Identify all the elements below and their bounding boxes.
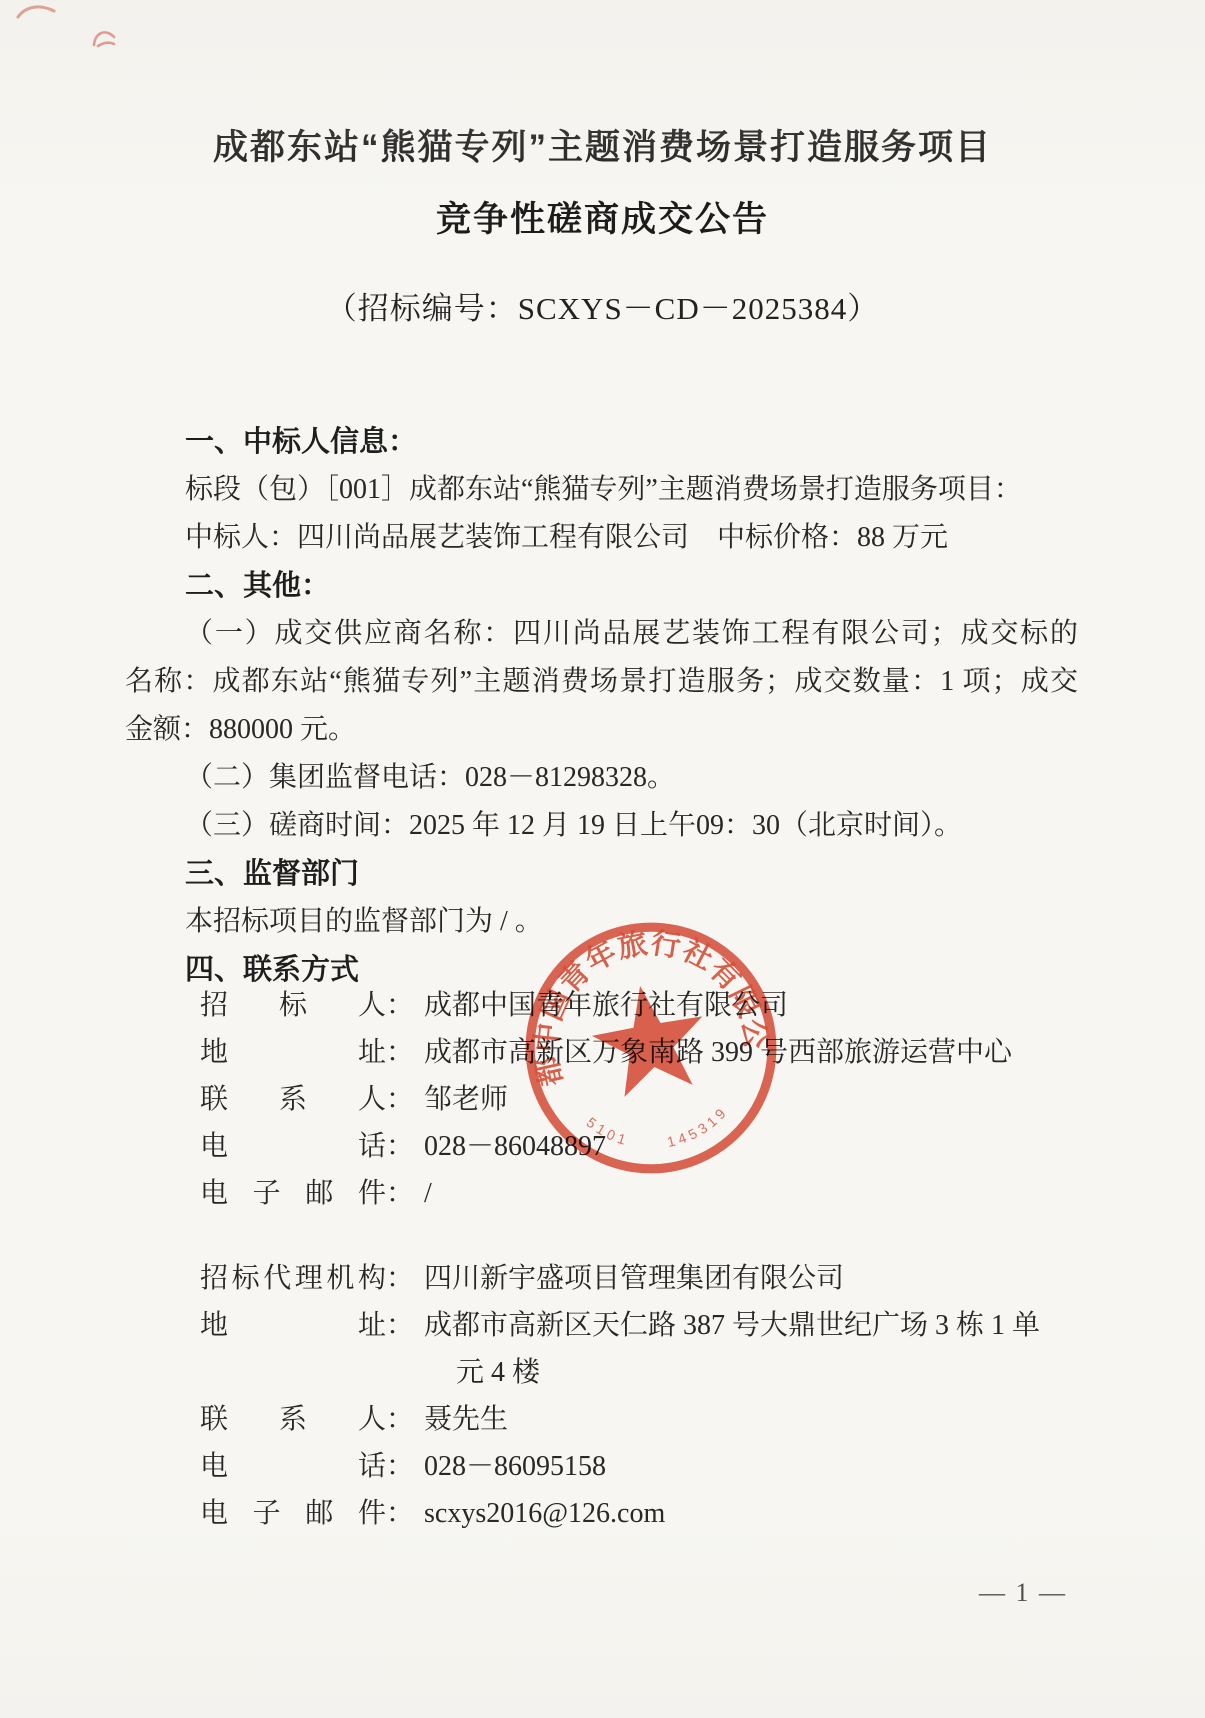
contact-value: 成都市高新区天仁路 387 号大鼎世纪广场 3 栋 1 单元 4 楼 xyxy=(414,1302,1040,1396)
contact-label: 电话 xyxy=(200,1443,386,1490)
section-heading: 三、监督部门 xyxy=(125,850,1078,898)
contact-value: 028－86095158 xyxy=(414,1443,606,1490)
contact-row: 电话：028－86048897 xyxy=(200,1123,1090,1170)
contact-label: 电子邮件 xyxy=(200,1490,386,1537)
contact-block-tenderee: 招标人：成都中国青年旅行社有限公司地址：成都市高新区万象南路 399 号西部旅游… xyxy=(200,982,1090,1217)
contact-colon: ： xyxy=(386,1076,414,1123)
contact-value: 聂先生 xyxy=(414,1396,508,1443)
doc-title-line-1: 成都东站“熊猫专列”主题消费场景打造服务项目 xyxy=(0,120,1205,170)
contact-row: 电话：028－86095158 xyxy=(200,1443,1090,1490)
document-page: 成都东站“熊猫专列”主题消费场景打造服务项目 竞争性磋商成交公告 （招标编号：S… xyxy=(0,0,1205,1718)
contact-row: 招标代理机构：四川新宇盛项目管理集团有限公司 xyxy=(200,1255,1090,1302)
contact-label: 招标人 xyxy=(200,982,386,1029)
contact-value: 邹老师 xyxy=(414,1076,508,1123)
contact-value: scxys2016@126.com xyxy=(414,1490,665,1537)
contact-colon: ： xyxy=(386,1029,414,1076)
body-line: 金额：880000 元。 xyxy=(125,706,1078,754)
body-line: （二）集团监督电话：028－81298328。 xyxy=(125,754,1078,802)
contact-value: / xyxy=(414,1170,432,1217)
contact-colon: ： xyxy=(386,1490,414,1537)
contact-block-agency: 招标代理机构：四川新宇盛项目管理集团有限公司地址：成都市高新区天仁路 387 号… xyxy=(200,1255,1090,1537)
contact-row: 地址：成都市高新区万象南路 399 号西部旅游运营中心 xyxy=(200,1029,1090,1076)
body-line: 标段（包）［001］成都东站“熊猫专列”主题消费场景打造服务项目： xyxy=(125,466,1078,514)
contact-row: 招标人：成都中国青年旅行社有限公司 xyxy=(200,982,1090,1029)
body-line: （三）磋商时间：2025 年 12 月 19 日上午09：30（北京时间）。 xyxy=(125,802,1078,850)
contact-colon: ： xyxy=(386,1255,414,1302)
red-ink-mark-icon xyxy=(90,24,118,50)
body-text: 一、中标人信息：标段（包）［001］成都东站“熊猫专列”主题消费场景打造服务项目… xyxy=(125,418,1078,994)
contact-label: 联系人 xyxy=(200,1076,386,1123)
body-line: （一）成交供应商名称：四川尚品展艺装饰工程有限公司；成交标的 xyxy=(125,610,1078,658)
contact-colon: ： xyxy=(386,1396,414,1443)
body-line: 本招标项目的监督部门为 / 。 xyxy=(125,898,1078,946)
contact-colon: ： xyxy=(386,1302,414,1349)
tender-number-line: （招标编号：SCXYS－CD－2025384） xyxy=(0,283,1205,328)
contact-label: 电子邮件 xyxy=(200,1170,386,1217)
contact-colon: ： xyxy=(386,982,414,1029)
section-heading: 二、其他： xyxy=(125,562,1078,610)
contact-value: 成都市高新区万象南路 399 号西部旅游运营中心 xyxy=(414,1029,1012,1076)
contact-label: 招标代理机构 xyxy=(200,1255,386,1302)
contact-label: 地址 xyxy=(200,1302,386,1349)
contact-value: 成都中国青年旅行社有限公司 xyxy=(414,982,788,1029)
section-heading: 一、中标人信息： xyxy=(125,418,1078,466)
contact-value: 四川新宇盛项目管理集团有限公司 xyxy=(414,1255,844,1302)
contact-value: 028－86048897 xyxy=(414,1123,606,1170)
contact-row: 电子邮件：/ xyxy=(200,1170,1090,1217)
body-line: 中标人：四川尚品展艺装饰工程有限公司 中标价格：88 万元 xyxy=(125,514,1078,562)
contact-row: 联系人：邹老师 xyxy=(200,1076,1090,1123)
contact-colon: ： xyxy=(386,1170,414,1217)
body-line: 名称：成都东站“熊猫专列”主题消费场景打造服务；成交数量：1 项；成交 xyxy=(125,658,1078,706)
contact-row: 电子邮件：scxys2016@126.com xyxy=(200,1490,1090,1537)
contact-colon: ： xyxy=(386,1123,414,1170)
doc-title-line-2: 竞争性磋商成交公告 xyxy=(0,192,1205,242)
contact-row: 联系人：聂先生 xyxy=(200,1396,1090,1443)
page-number: — 1 — xyxy=(979,1578,1067,1608)
contact-label: 地址 xyxy=(200,1029,386,1076)
contact-label: 联系人 xyxy=(200,1396,386,1443)
contact-row: 地址：成都市高新区天仁路 387 号大鼎世纪广场 3 栋 1 单元 4 楼 xyxy=(200,1302,1090,1396)
contact-label: 电话 xyxy=(200,1123,386,1170)
contact-colon: ： xyxy=(386,1443,414,1490)
red-ink-mark-icon xyxy=(16,2,58,22)
